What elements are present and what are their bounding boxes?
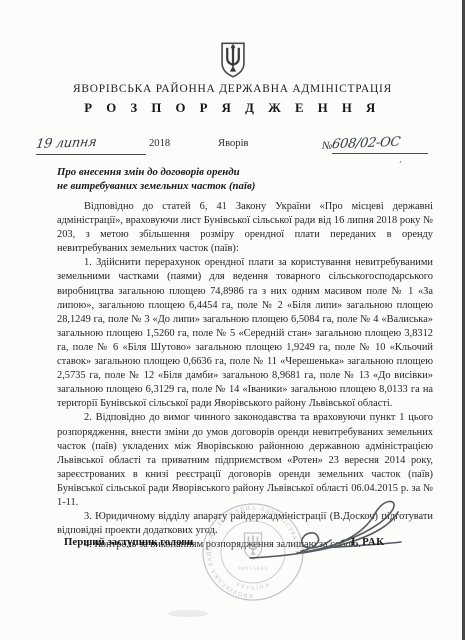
document-number-field: №608/02-ОС — [322, 134, 438, 154]
year-label: 2018 — [149, 138, 170, 149]
scanned-document-page: { "doc": { "header": { "org_name": "ЯВОР… — [0, 0, 465, 640]
paragraph-intro: Відповідно до статей 6, 41 Закону Україн… — [57, 200, 433, 256]
handwritten-number: 608/02-ОС — [331, 135, 401, 152]
handwritten-signature — [235, 496, 435, 571]
organization-name: ЯВОРІВСЬКА РАЙОННА ДЕРЖАВНА АДМІНІСТРАЦІ… — [0, 83, 465, 95]
subject-line-1: Про внесення змін до договорів оренди — [57, 166, 377, 180]
trident-emblem-icon — [220, 42, 246, 83]
signer-position: Перший заступник голови — [64, 536, 193, 548]
number-underline: 608/02-ОС — [332, 134, 428, 154]
date-field: 19 липня — [36, 134, 146, 155]
signer-name: І. РАК — [351, 536, 384, 548]
document-type-title: Р О З П О Р Я Д Ж Е Н Н Я — [0, 101, 465, 116]
scan-smudge-artifact — [168, 610, 208, 617]
paragraph-item-1: 1. Здійснити перерахунок орендної плати … — [57, 256, 433, 411]
subject-line-2: не витребуваних земельних часток (паїв) — [57, 180, 377, 194]
document-subject: Про внесення змін до договорів оренди не… — [57, 166, 377, 193]
place-label: Яворів — [218, 138, 249, 149]
handwritten-date: 19 липня — [35, 135, 98, 152]
scan-speck-artifact: ’ — [396, 159, 402, 169]
